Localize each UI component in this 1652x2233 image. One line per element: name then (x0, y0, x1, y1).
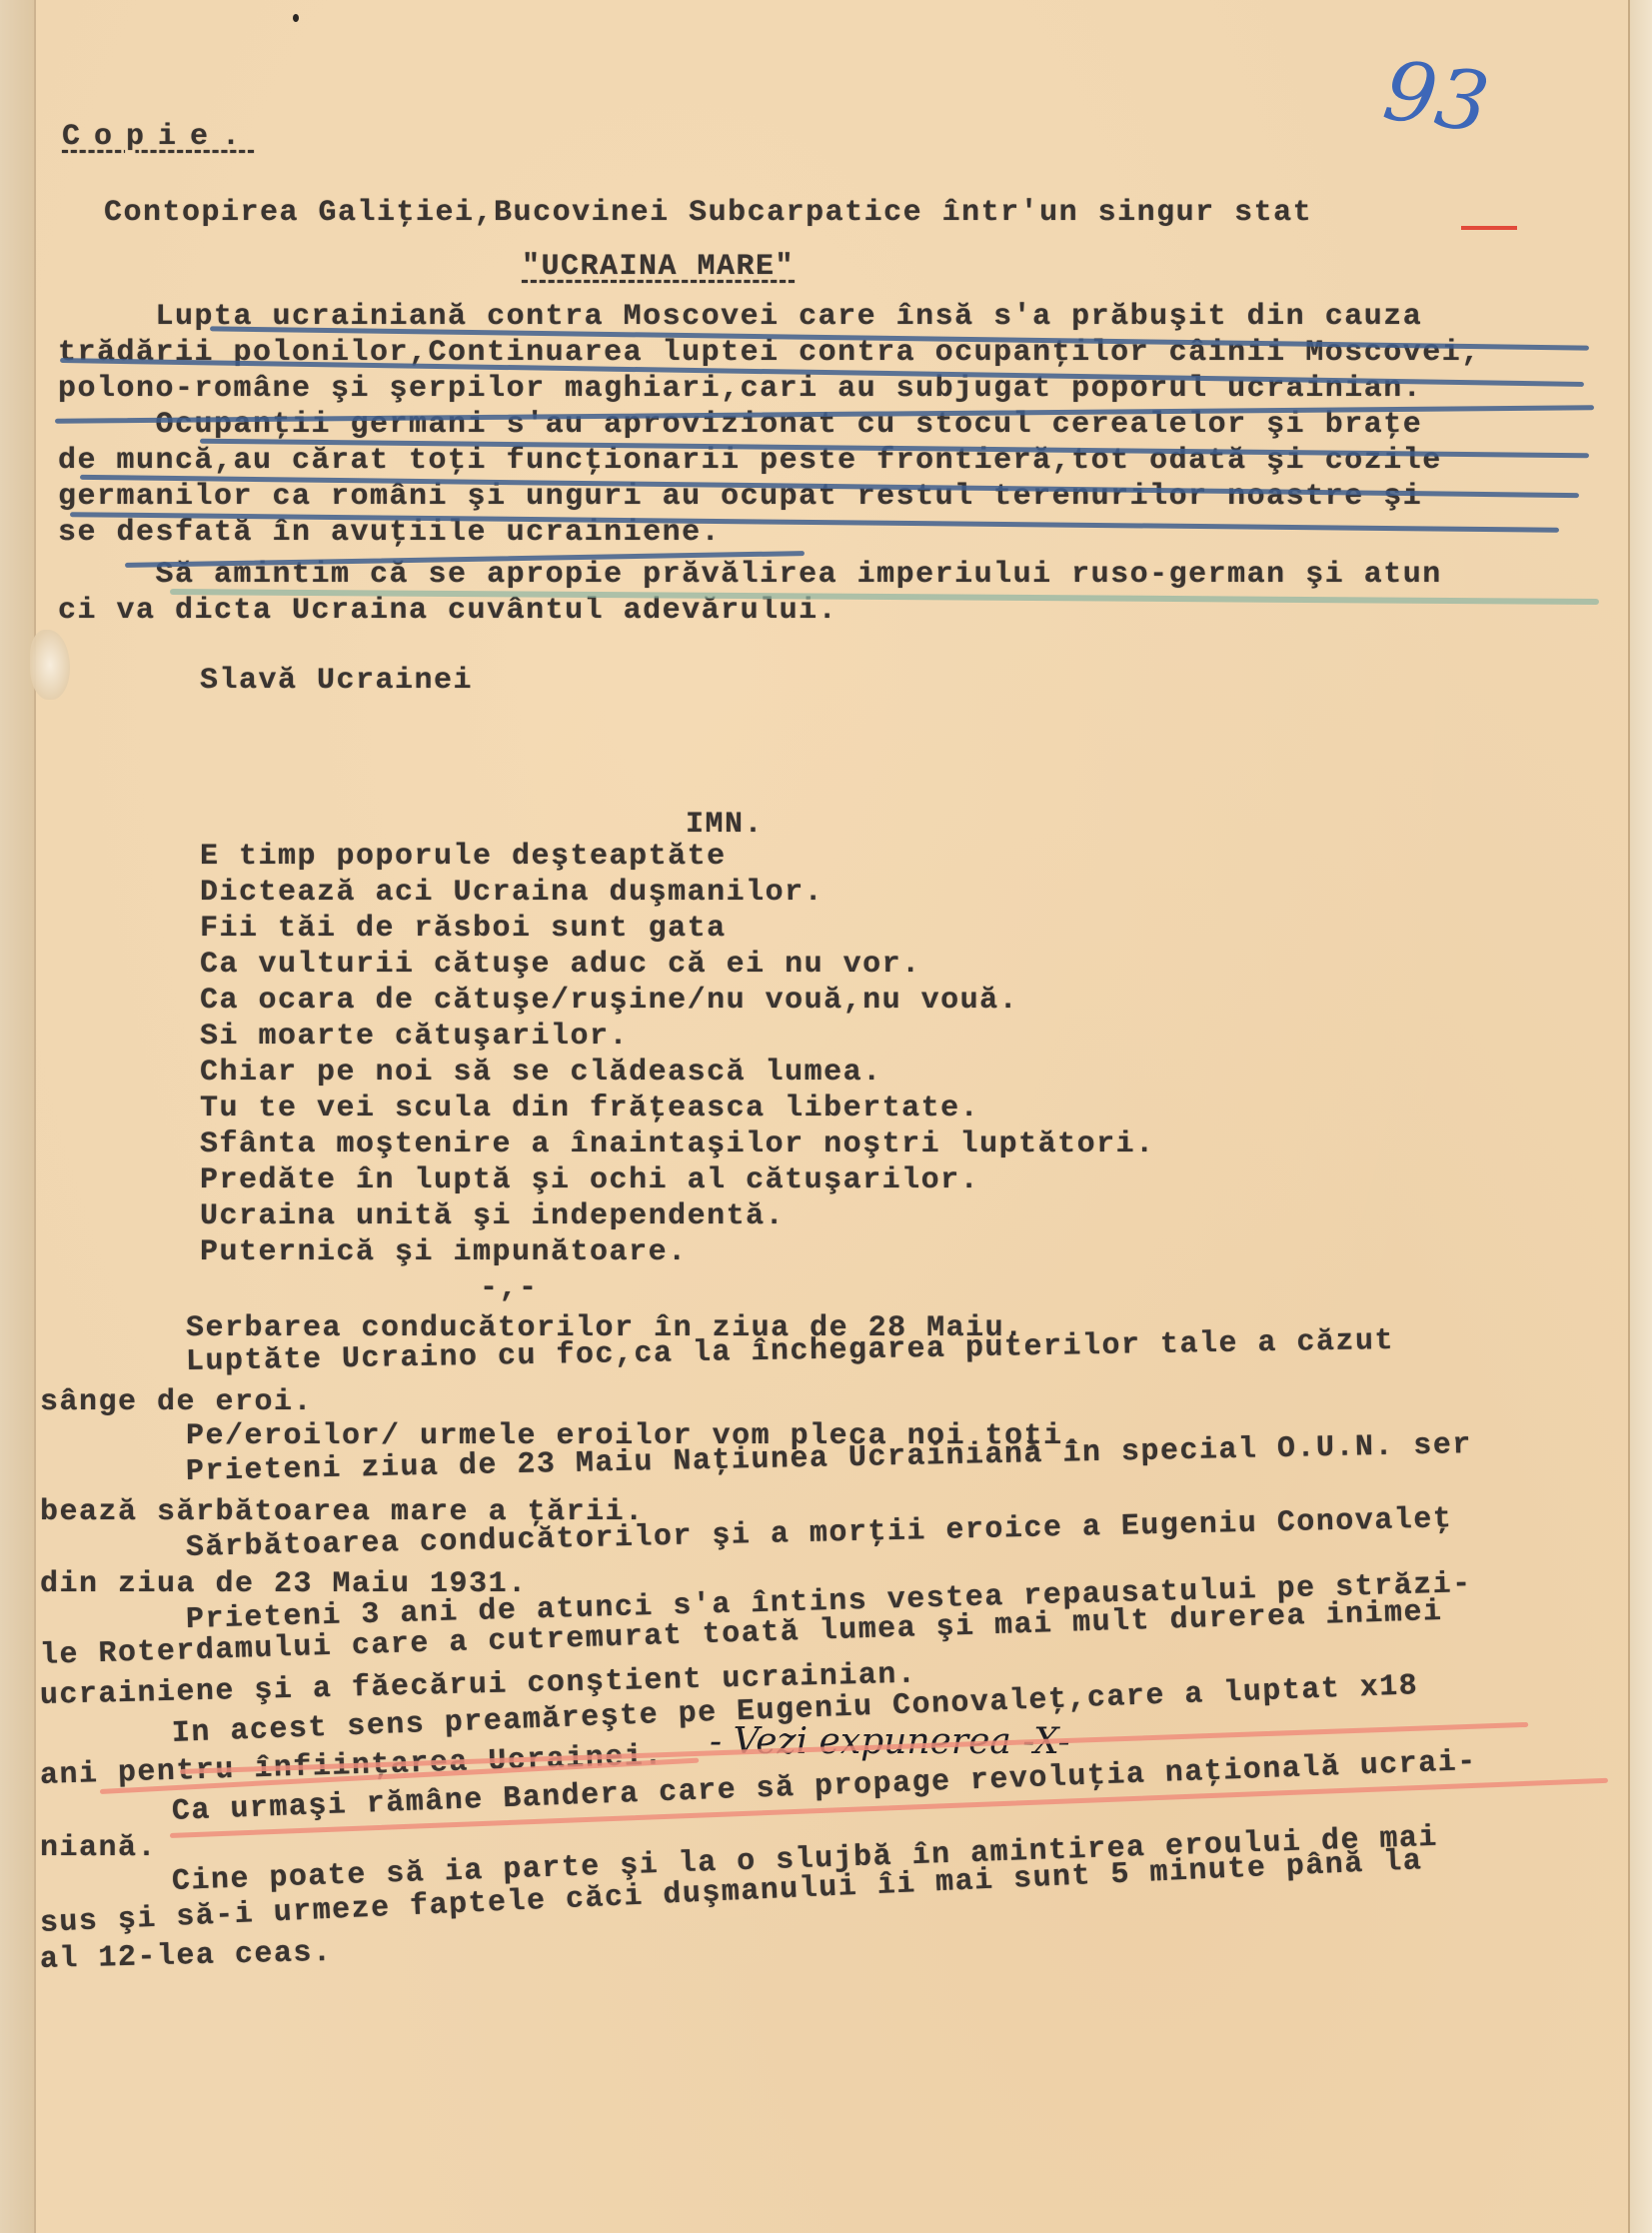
paragraph-line: niană. (40, 1831, 157, 1865)
paragraph-line: al 12-lea ceas. (40, 1936, 333, 1977)
paragraph-line: sânge de eroi. (40, 1385, 313, 1419)
section-2: Serbarea conducătorilor în ziua de 28 Ma… (0, 0, 1652, 2233)
